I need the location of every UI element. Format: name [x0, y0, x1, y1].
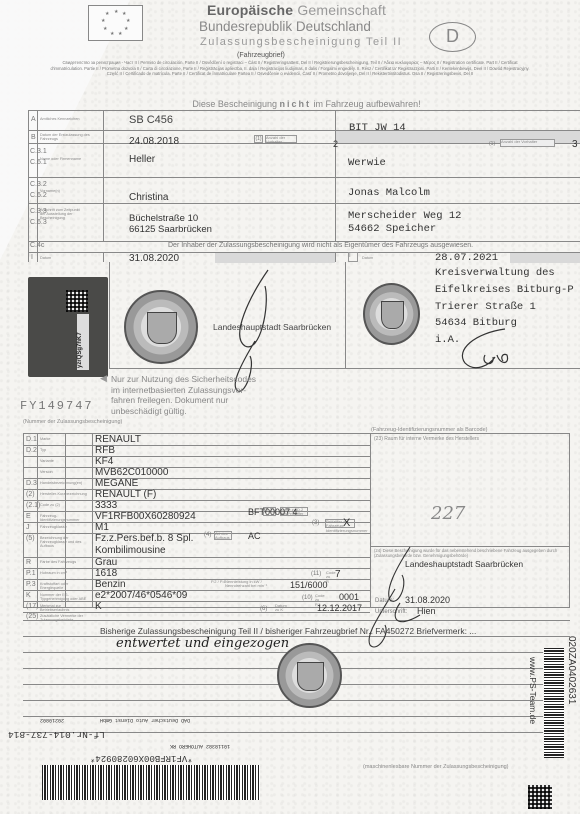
title-country: Bundesrepublik Deutschland [199, 19, 371, 34]
side-sticker-code: 020ZA0402631 [566, 636, 577, 704]
vehicle-label: Merkmal zur Betriebserlaubnis [40, 604, 90, 612]
vehicle-code: P.3 [26, 581, 36, 588]
check-digit: X [343, 517, 350, 529]
code-c31: C.3.1C.6.1 [30, 147, 40, 168]
vehicle-code: (2.1) [26, 502, 40, 509]
vehicle-code: E [26, 513, 31, 520]
prev-owner-marker-2: (1) [489, 141, 495, 147]
multilingual-titles: Свидетелство за регистрация - Част II / … [50, 60, 530, 77]
vehicle-value: VF1RFB00X60280924 [95, 511, 196, 523]
code-2-2-value: BFT00007 4 [248, 507, 298, 517]
certificate-number: FY149747 [20, 399, 94, 413]
vehicle-code: D.3 [26, 480, 37, 487]
vehicle-code: R [26, 559, 31, 566]
label-customer: 10118382 AUTOHERO RK [170, 743, 230, 749]
label-name: Name oder Firmenname [40, 157, 100, 161]
vehicle-code: (5) [26, 535, 35, 542]
vehicle-label: Bezeichnung der Fahrzeugklasse und des A… [40, 536, 90, 549]
check-digit-marker: (3) [312, 520, 319, 526]
eu-flag-icon: ★ ★ ★ ★ ★ ★ ★ ★ ★ [88, 5, 143, 41]
vehicle-label: Typ [40, 448, 90, 452]
security-code-sticker[interactable]: yzrQSg7hK7 [28, 277, 108, 377]
remarks-text: Bisherige Zulassungsbescheinigung Teil I… [100, 626, 540, 636]
power-label: Nennleistung in kW / Nenndrehzahl bei mi… [225, 580, 280, 589]
plate-1: SB C456 [129, 114, 173, 126]
vehicle-code: P.1 [26, 570, 36, 577]
vehicle-value: e2*2007/46*0546*09 [95, 590, 187, 602]
side-sticker-website: www.PS-Team.de [528, 657, 538, 724]
code-i-2: I [348, 252, 358, 262]
security-notice: Nur zur Nutzung des Sicherheitscodes im … [111, 374, 256, 417]
body-label: Art des Aufbaus [214, 531, 232, 540]
seal-bitburg-icon [363, 283, 420, 345]
vehicle-label: Zusätzliche Vermerke der Zulassungsbehör… [40, 614, 95, 622]
label-a: Amtliches Kennzeichen [40, 117, 100, 121]
handwritten-note: entwertet und eingezogen [116, 636, 289, 651]
title-light: Gemeinschaft [297, 2, 386, 18]
vehicle-label: Nummer der EG-Typgenehmigung oder ABE [40, 593, 90, 601]
prev-owners-count-2: 3 [572, 139, 578, 150]
vehicle-code: (17) [26, 603, 38, 610]
certificate-number-caption: (Nummer der Zulassungsbescheinigung) [23, 419, 122, 425]
prev-owner-marker-1: (1) [254, 135, 263, 143]
vehicle-label: Code zu (2) [40, 503, 90, 507]
vin-barcode [42, 765, 260, 800]
vehicle-value: K [95, 601, 102, 613]
first-registration-date: 24.08.2018 [129, 136, 179, 147]
handwritten-number: 227 [431, 503, 465, 524]
signature-4-icon [370, 545, 430, 635]
fuel-code-marker: (10) [302, 595, 313, 601]
owner-notice: Der Inhaber der Zulassungsbescheinigung … [168, 242, 473, 249]
vehicle-label: Marke [40, 437, 90, 441]
code-i: I [31, 254, 33, 261]
label-vin-text: *VF1RFB00X60280924* [90, 753, 193, 763]
label-date-1: Datum [40, 256, 51, 260]
vehicle-code: J [26, 524, 30, 531]
vehicle-label: Handelsbezeichnung(en) [40, 481, 90, 485]
seal-saarbruecken-2-icon [277, 643, 342, 708]
title-subtitle: (Fahrzeugbrief) [237, 52, 285, 59]
prev-owners-count-1: 2 [333, 139, 338, 149]
vehicle-value: Fz.z.Pers.bef.b. 8 Spl. Kombilimousine [95, 533, 193, 557]
label-lf-number: Lf-Nr.014-737-814 [8, 729, 105, 740]
vehicle-label: Variante [40, 459, 90, 463]
holder-2-firstname: Jonas Malcolm [348, 187, 430, 199]
document-page: ★ ★ ★ ★ ★ ★ ★ ★ ★ Europäische Gemeinscha… [0, 0, 580, 814]
qr-code-icon [66, 290, 88, 312]
check-digit-label: Prüfziffer zur Fahrzeug-Identifizierungs… [325, 519, 355, 528]
vehicle-label: Version [40, 470, 90, 474]
code-c4c: C.4c [30, 242, 44, 249]
label-b: Datum der Erstzulassung des Fahrzeugs [40, 133, 100, 141]
vehicle-label: Hersteller-Kurzbezeichnung [40, 492, 90, 496]
vehicle-code: (25) [26, 613, 38, 620]
plate-2: BIT JW 14 [349, 122, 406, 134]
vehicle-code: D.2 [26, 447, 37, 454]
title-bold: Europäische [207, 2, 293, 18]
type-date-label: Datum zu K [275, 604, 285, 613]
label-company: DAD Deutscher Auto Dienst GmbH [100, 717, 190, 723]
vehicle-label: Farbe des Fahrzeugs [40, 560, 90, 564]
holder-1-firstname: Christina [129, 192, 168, 203]
label-address: Anschrift zum Zeitpunkt der Ausstellung … [40, 208, 80, 221]
label-firstname: Vorname(n) [40, 189, 100, 193]
code-a: A [31, 116, 36, 123]
datamatrix-icon [528, 785, 552, 809]
power-value: 151/6000 [290, 580, 328, 590]
vehicle-label: Fahrzeug-Identifizierungsnummer [40, 514, 90, 522]
label-date-2: Datum [362, 256, 373, 260]
country-code-oval: D [429, 22, 476, 52]
holder-2-name: Werwie [348, 157, 386, 169]
holder-1-name: Heller [129, 154, 155, 165]
title-document: Zulassungsbescheinigung Teil II [200, 36, 402, 48]
side-barcode [544, 648, 564, 758]
signature-2-icon [445, 325, 525, 375]
vehicle-label: Kraftstoffart oder Energiequelle [40, 582, 90, 590]
arrow-left-icon: ◀ [100, 373, 107, 384]
color-code: 7 [335, 569, 341, 580]
vehicle-label: Fahrzeugklasse [40, 525, 90, 529]
type-date-marker: (6) [260, 606, 267, 612]
label-date-code: 20210802 [40, 717, 64, 723]
vehicle-label: Hubraum in cm³ [40, 571, 90, 575]
security-code: yzrQSg7hK7 [77, 314, 89, 370]
seal-saarbruecken-icon [124, 290, 198, 364]
code-b: B [31, 134, 36, 141]
vehicle-code: D.1 [26, 436, 37, 443]
body-code: AC [248, 531, 261, 541]
prev-owner-label-1: Anzahl der Vorhalter [265, 135, 297, 143]
power-codes: P.2 / P.4 [211, 580, 225, 584]
manufacturer-notes-label: (23) Raum für interne Vermerke des Herst… [374, 437, 479, 443]
machine-number-caption: (maschinenlesbare Nummer der Zulassungsb… [363, 764, 509, 770]
body-marker: (4) [204, 532, 211, 538]
holder-1-address: Büchelstraße 10 66125 Saarbrücken [129, 213, 212, 236]
vehicle-code: K [26, 592, 31, 599]
color-code-marker: (11) [311, 571, 321, 577]
title-eu: Europäische Gemeinschaft [207, 2, 386, 18]
holder-2-address: Merscheider Weg 12 54662 Speicher [348, 210, 461, 236]
prev-owner-label-2: Anzahl der Vorhalter [500, 139, 555, 147]
vehicle-code: (2) [26, 491, 35, 498]
